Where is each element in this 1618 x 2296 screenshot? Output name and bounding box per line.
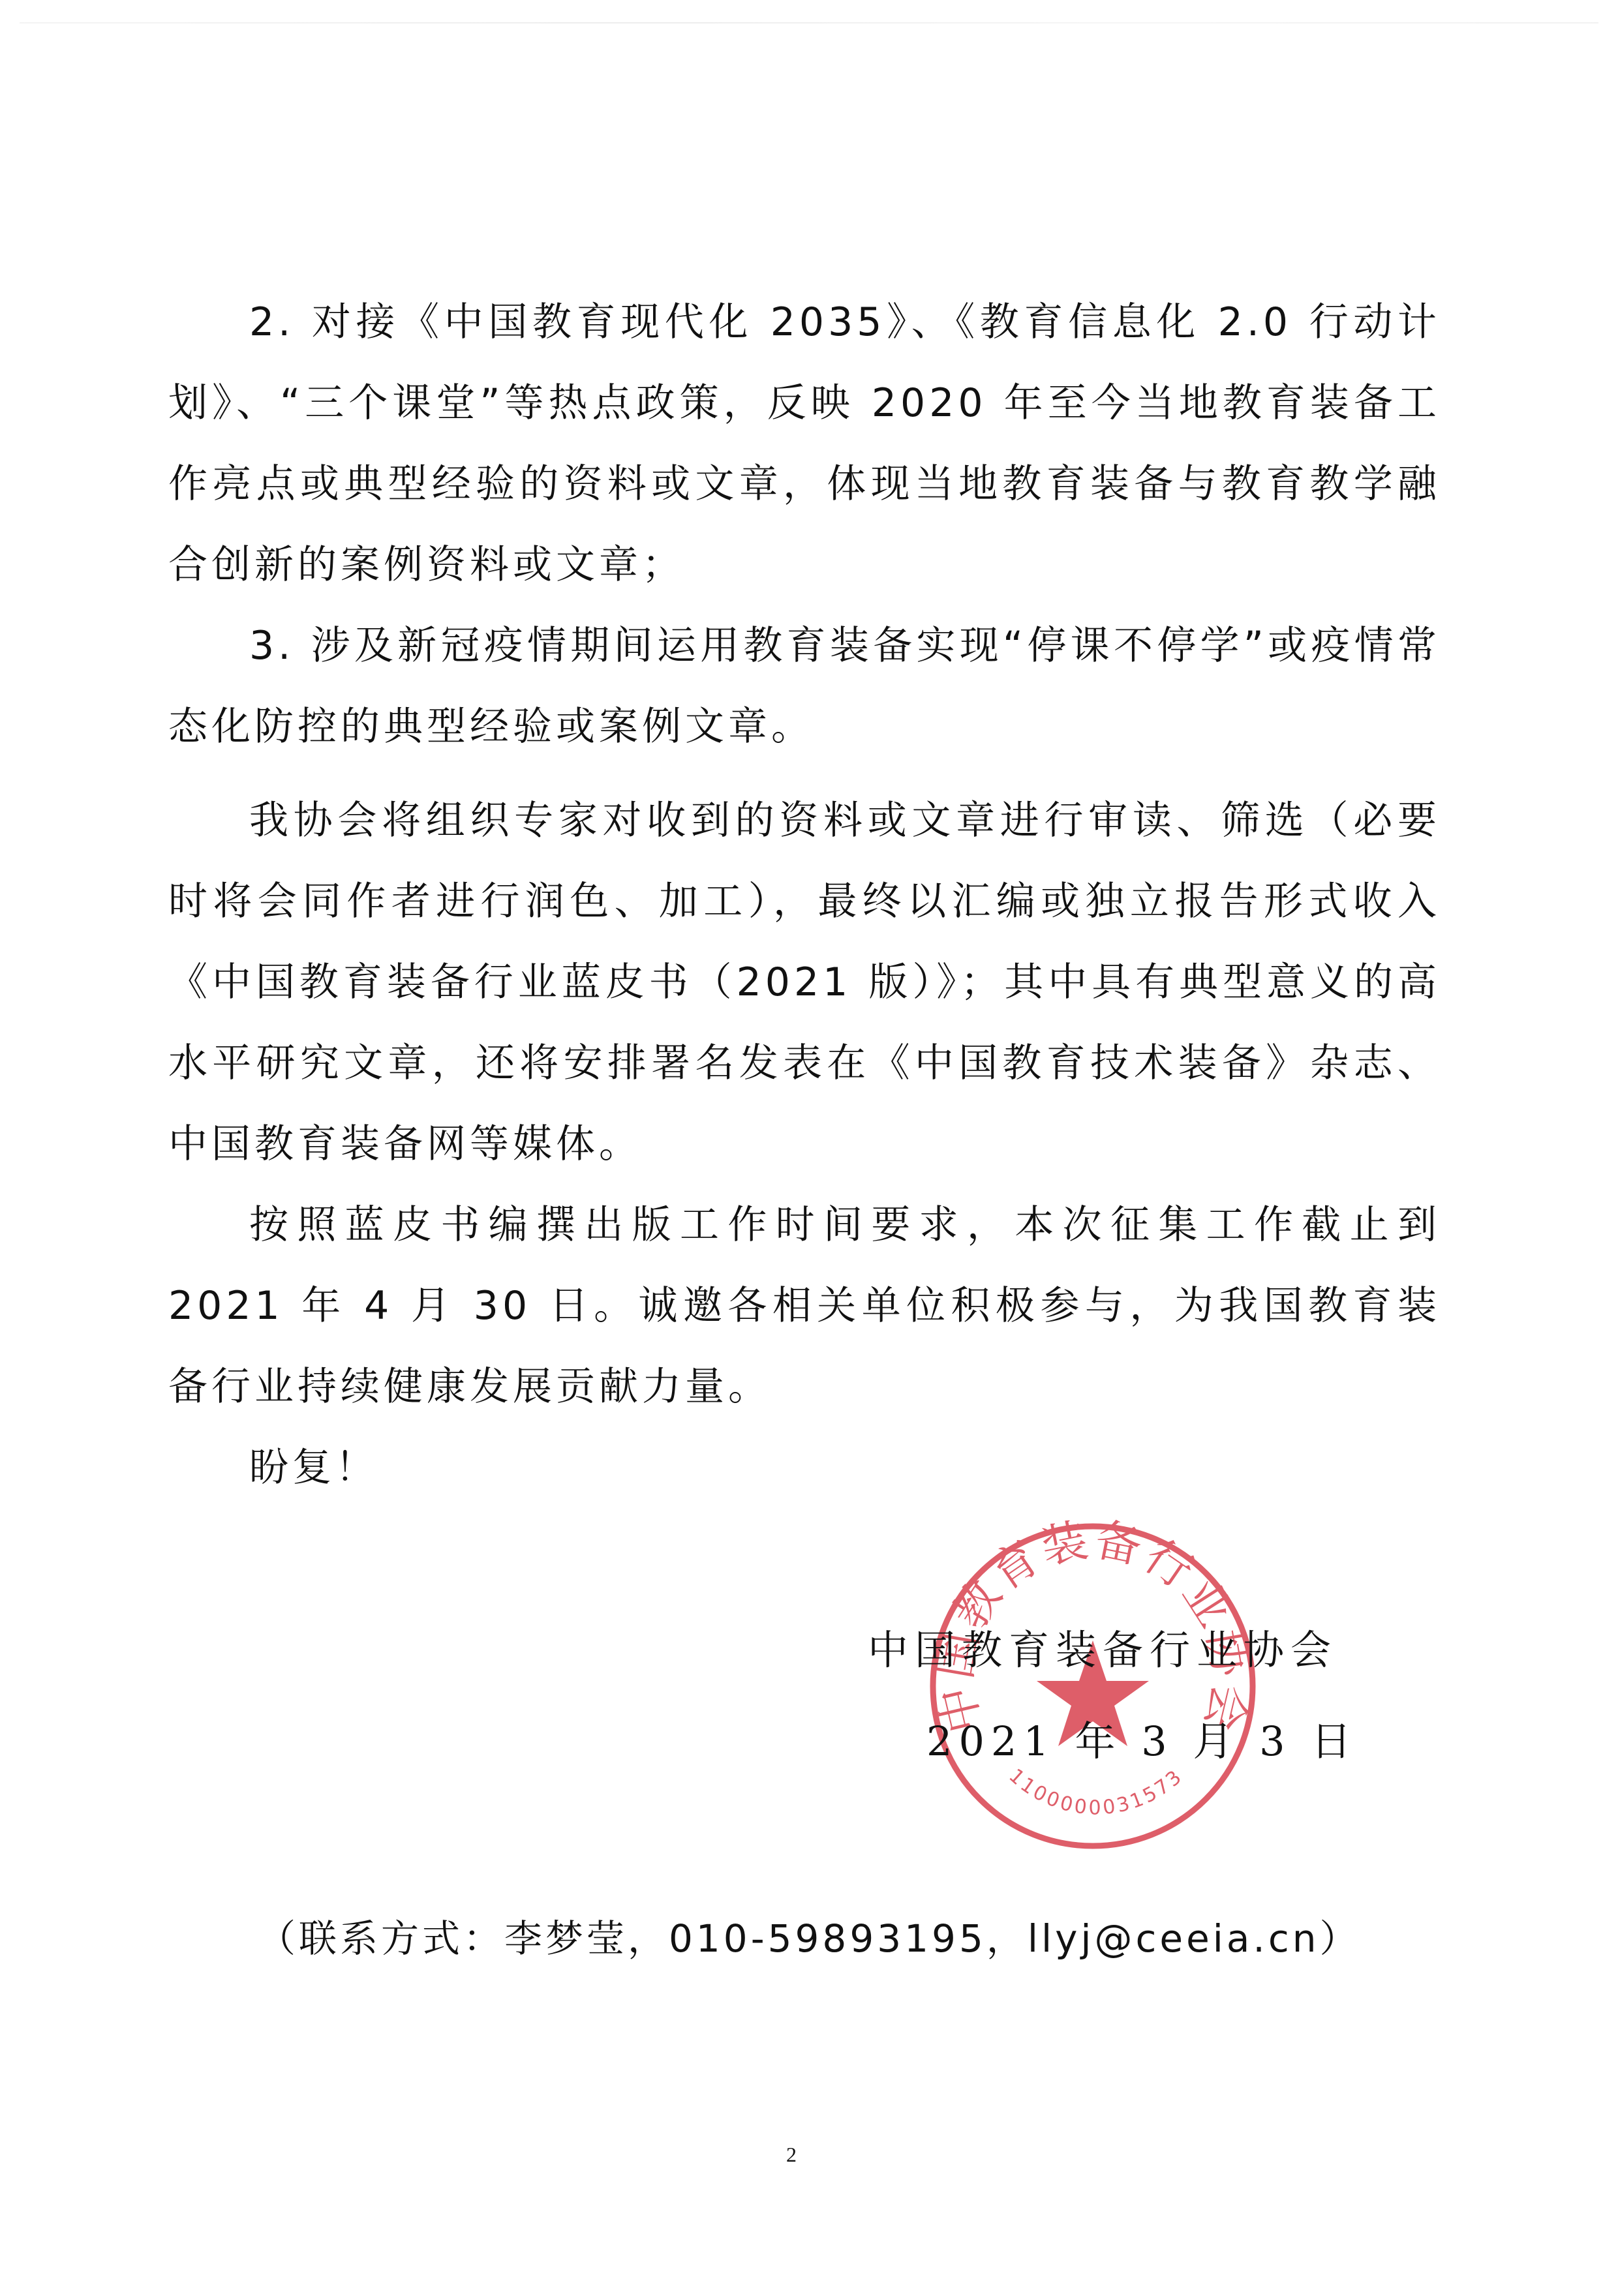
signature-organization: 中国教育装备行业协会 bbox=[868, 1618, 1337, 1676]
contact-info: （联系方式：李梦莹，010-59893195，llyj@ceeia.cn） bbox=[258, 1908, 1361, 1963]
signature-date: 2021 年 3 月 3 日 bbox=[926, 1709, 1396, 1767]
paragraph-deadline: 按照蓝皮书编撰出版工作时间要求，本次征集工作截止到 2021 年 4 月 30 … bbox=[168, 1185, 1441, 1427]
body-section-2: 我协会将组织专家对收到的资料或文章进行审读、筛选（必要时将会同作者进行润色、加工… bbox=[168, 780, 1441, 1508]
svg-text:1100000031573: 1100000031573 bbox=[1004, 1764, 1187, 1819]
paragraph-item-3: 3. 涉及新冠疫情期间运用教育装备实现“停课不停学”或疫情常态化防控的典型经验或… bbox=[168, 605, 1441, 767]
paragraph-review: 我协会将组织专家对收到的资料或文章进行审读、筛选（必要时将会同作者进行润色、加工… bbox=[168, 780, 1441, 1185]
page-number: 2 bbox=[786, 2143, 797, 2167]
body-section-1: 2. 对接《中国教育现代化 2035》、《教育信息化 2.0 行动计划》、“三个… bbox=[168, 282, 1441, 767]
paragraph-item-2: 2. 对接《中国教育现代化 2035》、《教育信息化 2.0 行动计划》、“三个… bbox=[168, 282, 1441, 605]
scan-edge-line bbox=[20, 22, 1598, 23]
paragraph-closing: 盼复！ bbox=[168, 1427, 1441, 1508]
document-page: 2. 对接《中国教育现代化 2035》、《教育信息化 2.0 行动计划》、“三个… bbox=[0, 0, 1618, 2296]
official-seal-icon: 中国教育装备行业协会 1100000031573 bbox=[923, 1517, 1262, 1856]
